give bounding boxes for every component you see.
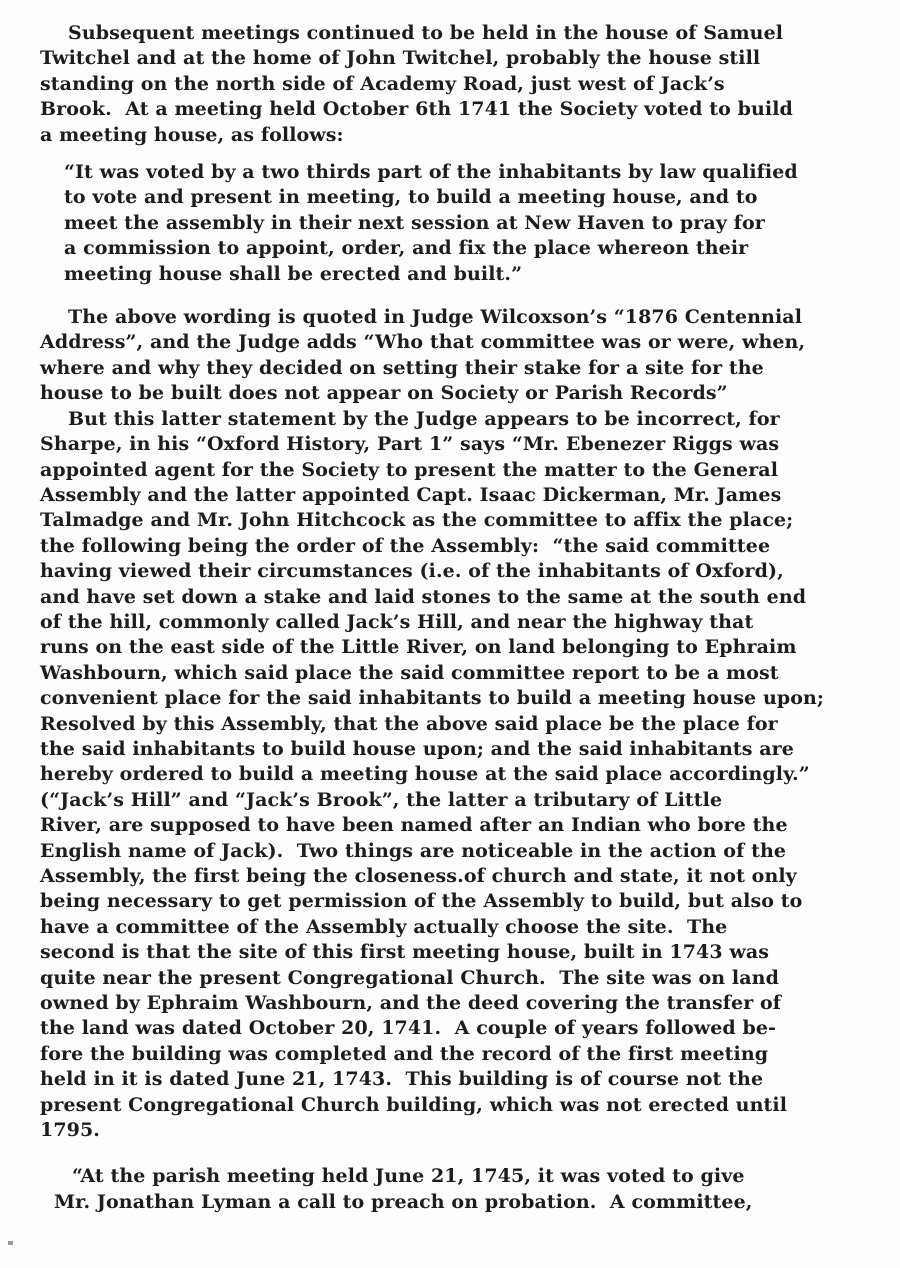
text-line: 1795. (40, 1118, 862, 1143)
text-line: But this latter statement by the Judge a… (40, 407, 862, 432)
paragraph-2: “It was voted by a two thirds part of th… (64, 160, 862, 287)
text-line: Talmadge and Mr. John Hitchcock as the c… (40, 508, 862, 533)
text-line: have a committee of the Assembly actuall… (40, 915, 862, 940)
text-line: meet the assembly in their next session … (64, 211, 862, 236)
text-line: hereby ordered to build a meeting house … (40, 762, 862, 787)
document-page: Subsequent meetings continued to be held… (0, 0, 900, 1268)
text-line: house to be built does not appear on Soc… (40, 381, 862, 406)
text-line: the said inhabitants to build house upon… (40, 737, 862, 762)
document-body: Subsequent meetings continued to be held… (40, 21, 862, 1215)
text-line: owned by Ephraim Washbourn, and the deed… (40, 991, 862, 1016)
text-line: to vote and present in meeting, to build… (64, 185, 862, 210)
paragraph-4: But this latter statement by the Judge a… (40, 407, 862, 1144)
text-line: “It was voted by a two thirds part of th… (64, 160, 862, 185)
paragraph-3: The above wording is quoted in Judge Wil… (40, 305, 862, 407)
text-line: present Congregational Church building, … (40, 1093, 862, 1118)
text-line: Mr. Jonathan Lyman a call to preach on p… (54, 1190, 862, 1215)
text-line: Twitchel and at the home of John Twitche… (40, 46, 862, 71)
text-line: runs on the east side of the Little Rive… (40, 635, 862, 660)
text-line: Brook. At a meeting held October 6th 174… (40, 97, 862, 122)
text-line: a meeting house, as follows: (40, 123, 862, 148)
text-line: a commission to appoint, order, and fix … (64, 236, 862, 261)
text-line: having viewed their circumstances (i.e. … (40, 559, 862, 584)
text-line: being necessary to get permission of the… (40, 889, 862, 914)
text-line: Address”, and the Judge adds “Who that c… (40, 330, 862, 355)
text-line: “At the parish meeting held June 21, 174… (54, 1164, 862, 1189)
text-line: appointed agent for the Society to prese… (40, 458, 862, 483)
text-line: standing on the north side of Academy Ro… (40, 72, 862, 97)
paragraph-5: “At the parish meeting held June 21, 174… (54, 1164, 862, 1215)
text-line: convenient place for the said inhabitant… (40, 686, 862, 711)
text-line: of the hill, commonly called Jack’s Hill… (40, 610, 862, 635)
text-line: Washbourn, which said place the said com… (40, 661, 862, 686)
text-line: quite near the present Congregational Ch… (40, 966, 862, 991)
paragraph-1: Subsequent meetings continued to be held… (40, 21, 862, 148)
text-line: (“Jack’s Hill” and “Jack’s Brook”, the l… (40, 788, 862, 813)
text-line: second is that the site of this first me… (40, 940, 862, 965)
text-line: Resolved by this Assembly, that the abov… (40, 712, 862, 737)
text-line: fore the building was completed and the … (40, 1042, 862, 1067)
scan-speck (8, 1241, 13, 1245)
text-line: the land was dated October 20, 1741. A c… (40, 1016, 862, 1041)
text-line: Assembly, the first being the closeness.… (40, 864, 862, 889)
text-line: Assembly and the latter appointed Capt. … (40, 483, 862, 508)
text-line: and have set down a stake and laid stone… (40, 585, 862, 610)
text-line: held in it is dated June 21, 1743. This … (40, 1067, 862, 1092)
text-line: The above wording is quoted in Judge Wil… (40, 305, 862, 330)
text-line: Subsequent meetings continued to be held… (40, 21, 862, 46)
text-line: Sharpe, in his “Oxford History, Part 1” … (40, 432, 862, 457)
text-line: River, are supposed to have been named a… (40, 813, 862, 838)
text-line: meeting house shall be erected and built… (64, 262, 862, 287)
text-line: English name of Jack). Two things are no… (40, 839, 862, 864)
text-line: where and why they decided on setting th… (40, 356, 862, 381)
text-line: the following being the order of the Ass… (40, 534, 862, 559)
